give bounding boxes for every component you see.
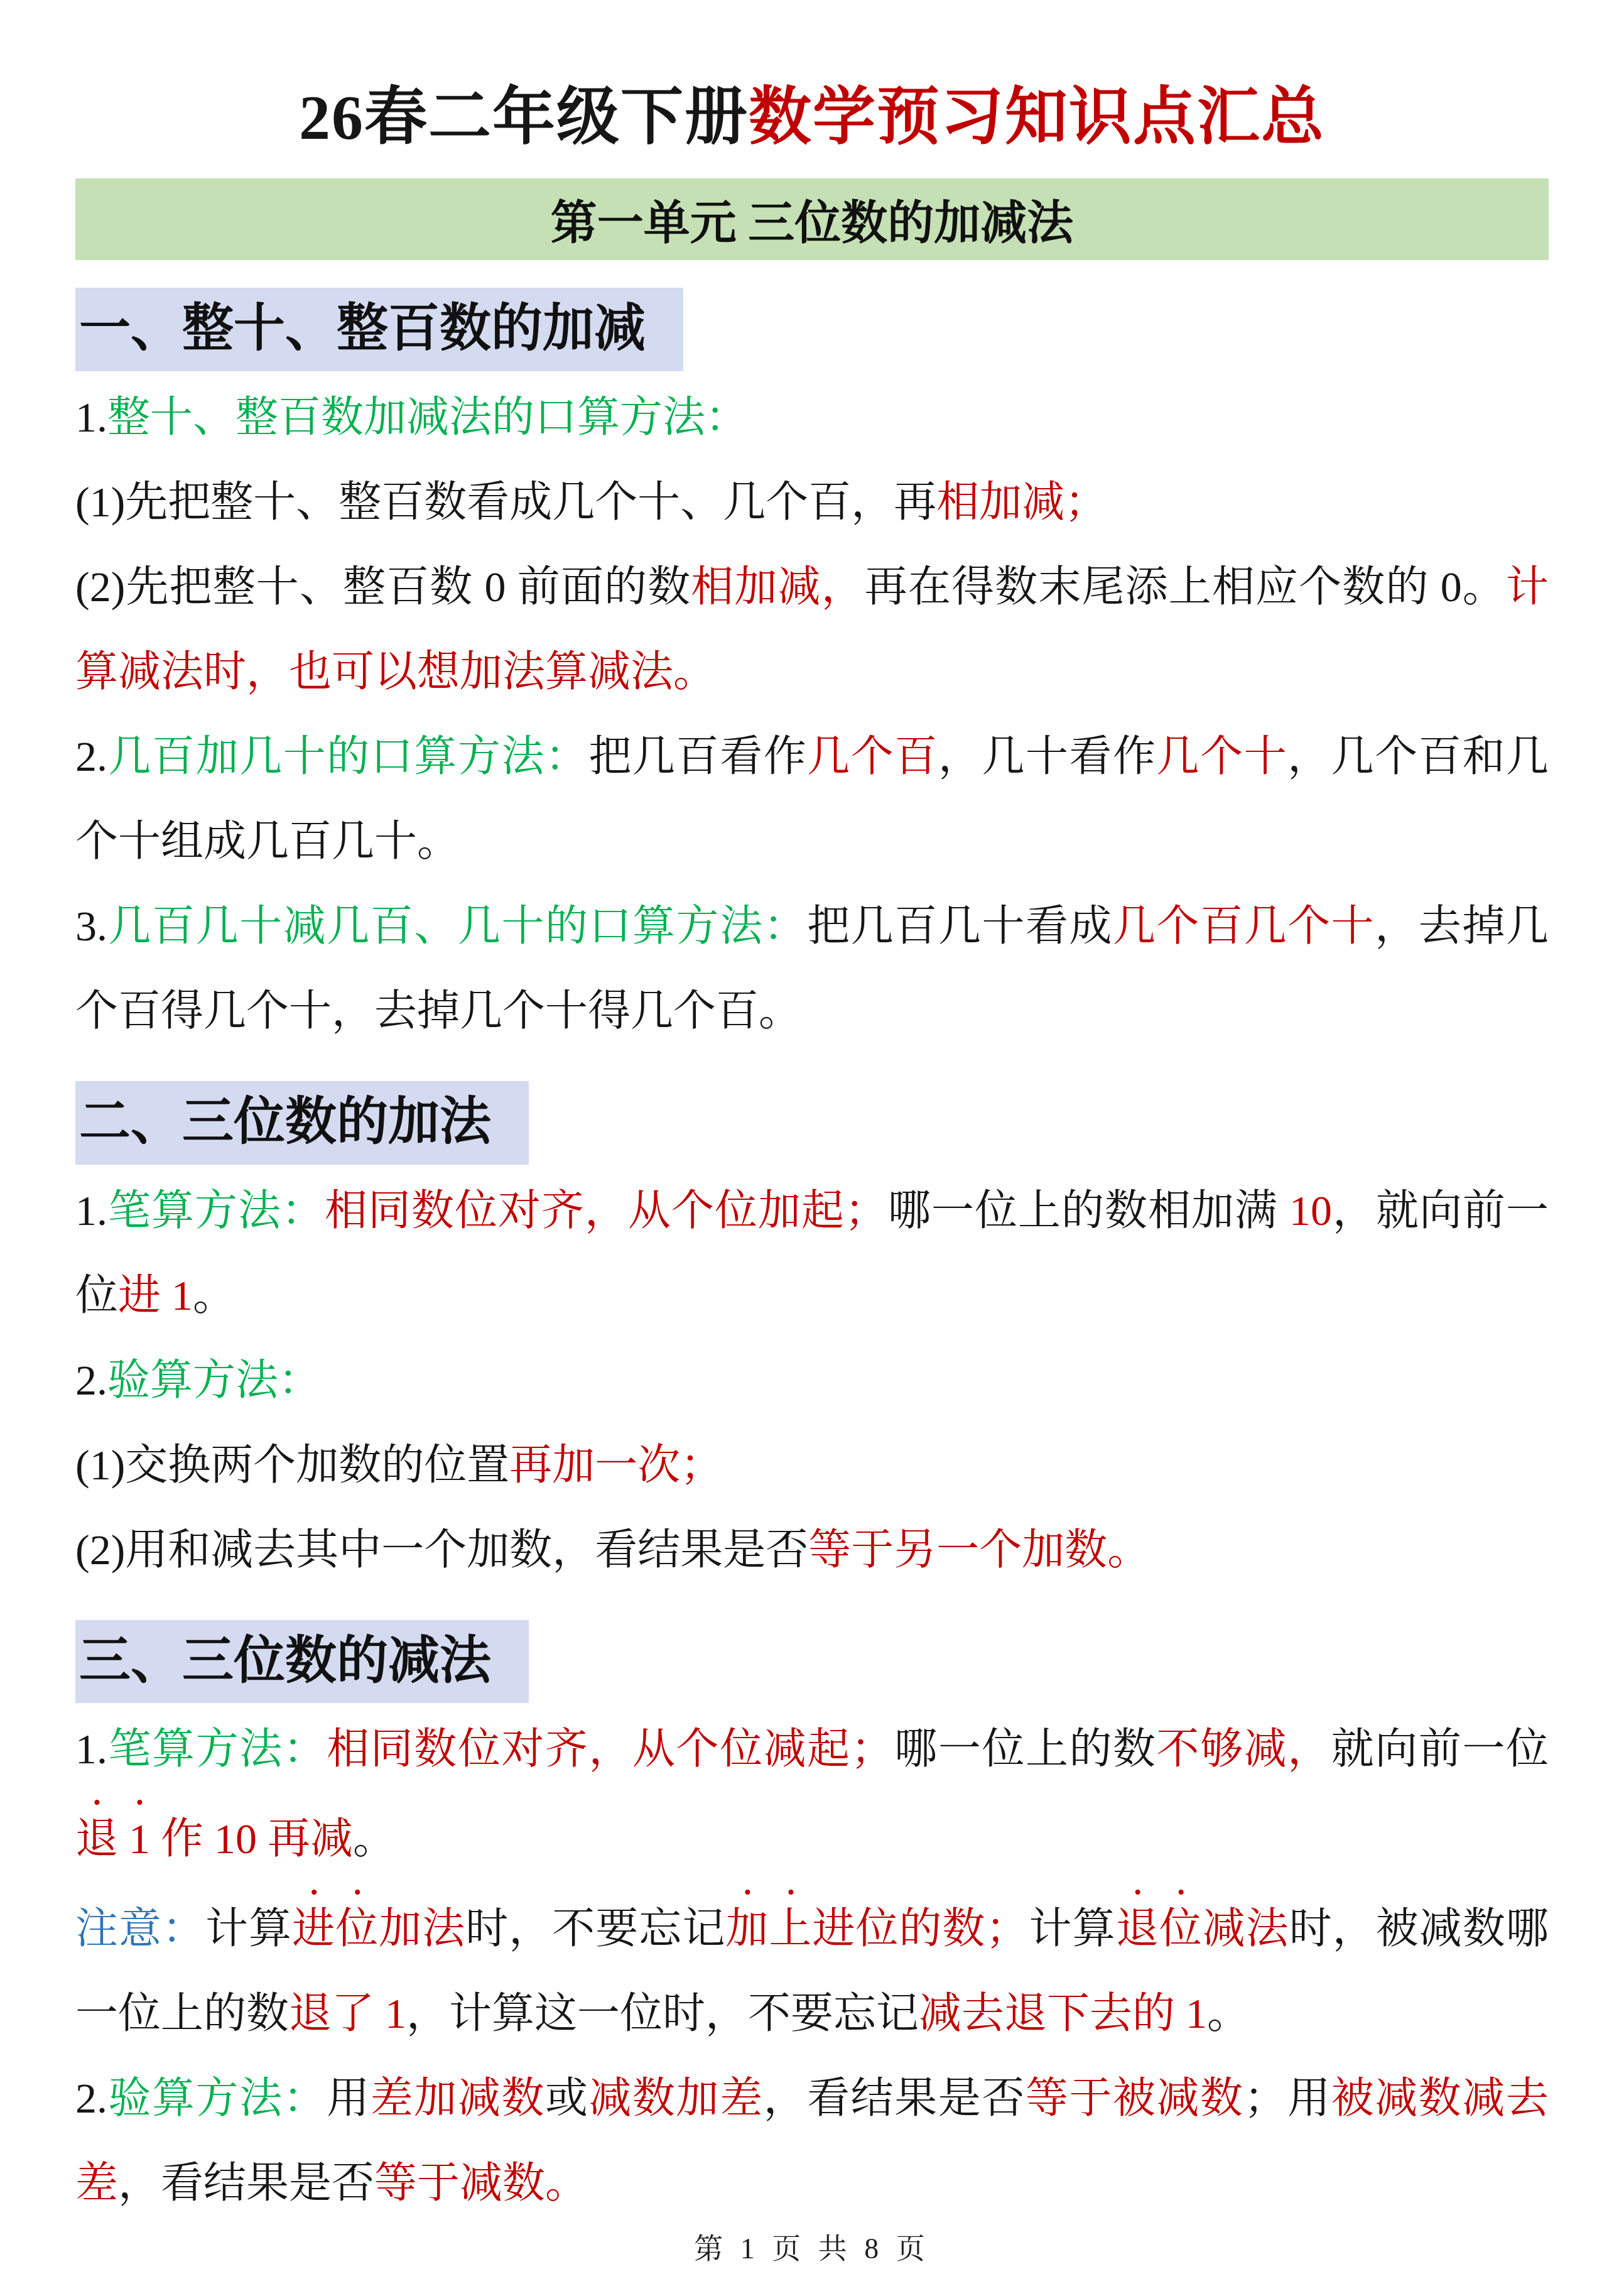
text-run: 1. bbox=[75, 1725, 107, 1773]
paragraph: 3.几百几十减几百、几十的口算方法：把几百几十看成几个百几个十，去掉几个百得几个… bbox=[75, 884, 1549, 1053]
paragraph: (1)交换两个加数的位置再加一次； bbox=[75, 1423, 1549, 1508]
section-heading-3: 三、三位数的减法 bbox=[75, 1620, 529, 1704]
text-run: ，看结果是否 bbox=[118, 2159, 374, 2207]
paragraph: (2)用和减去其中一个加数，看结果是否等于另一个加数。 bbox=[75, 1508, 1549, 1592]
text-run: 1. bbox=[75, 1187, 107, 1234]
text-run: 几个百 bbox=[807, 732, 938, 780]
text-run: 相同数位对齐，从个位减起； bbox=[327, 1725, 894, 1773]
text-run: 。 bbox=[353, 1815, 396, 1863]
text-run: 几百加几十的口算方法： bbox=[107, 732, 589, 780]
text-run: 哪一位上的数相加满 bbox=[887, 1187, 1289, 1234]
paragraph: 1.笔算方法：相同数位对齐，从个位加起；哪一位上的数相加满 10，就向前一位进 … bbox=[75, 1168, 1549, 1338]
text-run: 时，不要忘记 bbox=[465, 1905, 725, 1952]
text-run: 几百几十减几百、几十的口算方法： bbox=[107, 902, 807, 950]
text-run: 哪一位上的数 bbox=[894, 1725, 1157, 1773]
text-run: ；用 bbox=[1244, 2074, 1331, 2122]
text-run: 减数加差 bbox=[589, 2074, 764, 2122]
text-run: 计算 bbox=[1029, 1905, 1116, 1952]
text-run: 几个百几个十 bbox=[1113, 902, 1375, 950]
text-run: 退了 1 bbox=[289, 1989, 406, 2037]
text-run: 差加减数 bbox=[371, 2074, 545, 2122]
unit-banner: 第一单元 三位数的加减法 bbox=[75, 178, 1549, 260]
text-run: 退 1 bbox=[75, 1815, 150, 1863]
text-run: 进位 bbox=[292, 1905, 379, 1952]
text-run: 等于被减数 bbox=[1026, 2074, 1244, 2122]
text-run: (2)先把整十、整百数 0 前面的数 bbox=[75, 563, 691, 611]
text-run: 减法 bbox=[1203, 1905, 1289, 1952]
text-run: 进 1 bbox=[118, 1271, 193, 1319]
text-run: 进位的数； bbox=[812, 1905, 1028, 1952]
text-run: 把几百几十看成 bbox=[807, 902, 1113, 950]
text-run: 不够减， bbox=[1157, 1725, 1331, 1773]
text-run: (1)交换两个加数的位置 bbox=[75, 1441, 509, 1489]
text-run: 用 bbox=[327, 2074, 371, 2122]
text-run: 再在得数末尾添上相应个数的 0。 bbox=[865, 563, 1506, 611]
paragraph: 1.笔算方法：相同数位对齐，从个位减起；哪一位上的数不够减，就向前一位退 1 作… bbox=[75, 1707, 1549, 1881]
text-run: 10 bbox=[1289, 1187, 1332, 1234]
paragraph: (1)先把整十、整百数看成几个十、几个百，再相加减； bbox=[75, 460, 1549, 545]
text-run: 加法 bbox=[379, 1905, 465, 1952]
text-run: 相加减， bbox=[691, 563, 865, 611]
text-run: 加上 bbox=[725, 1905, 812, 1952]
text-run: 验算方法： bbox=[107, 2074, 327, 2122]
document-page: 26春二年级下册数学预习知识点汇总 第一单元 三位数的加减法 一、整十、整百数的… bbox=[0, 0, 1624, 2296]
page-title: 26春二年级下册数学预习知识点汇总 bbox=[75, 80, 1549, 155]
text-run: 等于另一个加数。 bbox=[808, 1526, 1150, 1574]
text-run: 2. bbox=[75, 732, 107, 780]
text-run: 2. bbox=[75, 2074, 107, 2122]
text-run: 。 bbox=[193, 1271, 235, 1319]
text-run: 退位 bbox=[1116, 1905, 1203, 1952]
text-run: 再加一次； bbox=[509, 1441, 723, 1489]
text-run: 减去退下去的 1 bbox=[919, 1989, 1207, 2037]
text-run: 等于减数。 bbox=[374, 2159, 588, 2207]
text-run: 1. bbox=[75, 393, 107, 441]
paragraph: 2.几百加几十的口算方法：把几百看作几个百，几十看作几个十，几个百和几个十组成几… bbox=[75, 714, 1549, 884]
text-run: 2. bbox=[75, 1356, 107, 1404]
paragraph: 2.验算方法：用差加减数或减数加差，看结果是否等于被减数；用被减数减去差，看结果… bbox=[75, 2056, 1549, 2226]
paragraph: 1.整十、整百数加减法的口算方法： bbox=[75, 375, 1549, 460]
text-run: 把几百看作 bbox=[589, 732, 808, 780]
text-run: 作 10 再减 bbox=[150, 1815, 353, 1863]
text-run: ，计算这一位时，不要忘记 bbox=[406, 1989, 919, 2037]
paragraph: 2.验算方法： bbox=[75, 1338, 1549, 1423]
text-run: 注意： bbox=[75, 1905, 205, 1952]
text-run: 相加减； bbox=[936, 478, 1107, 526]
text-run: 笔算方法： bbox=[107, 1725, 327, 1773]
text-run: 验算方法： bbox=[107, 1356, 321, 1404]
title-black-part: 26春二年级下册 bbox=[299, 82, 749, 152]
paragraph: (2)先把整十、整百数 0 前面的数相加减，再在得数末尾添上相应个数的 0。计算… bbox=[75, 545, 1549, 714]
page-footer: 第 1 页 共 8 页 bbox=[75, 2226, 1549, 2267]
text-run: (2)用和减去其中一个加数，看结果是否 bbox=[75, 1526, 808, 1574]
text-run: 3. bbox=[75, 902, 107, 950]
text-run: 。 bbox=[1207, 1989, 1250, 2037]
text-run: ，几十看作 bbox=[938, 732, 1157, 780]
text-run: ，看结果是否 bbox=[764, 2074, 1026, 2122]
section-heading-1: 一、整十、整百数的加减 bbox=[75, 288, 683, 371]
paragraph: 注意：计算进位加法时，不要忘记加上进位的数；计算退位减法时，被减数哪一位上的数退… bbox=[75, 1881, 1549, 2056]
text-run: 几个十 bbox=[1157, 732, 1288, 780]
text-run: 计算 bbox=[205, 1905, 292, 1952]
title-red-part: 数学预习知识点汇总 bbox=[749, 82, 1325, 152]
text-run: 笔算方法： bbox=[107, 1187, 325, 1234]
text-run: 或 bbox=[545, 2074, 589, 2122]
text-run: 相同数位对齐，从个位加起； bbox=[325, 1187, 887, 1234]
text-run: (1)先把整十、整百数看成几个十、几个百，再 bbox=[75, 478, 936, 526]
section-heading-2: 二、三位数的加法 bbox=[75, 1081, 529, 1165]
text-run: 整十、整百数加减法的口算方法： bbox=[107, 393, 748, 441]
text-run: 就向前一位 bbox=[1331, 1725, 1549, 1773]
document-body: 一、整十、整百数的加减1.整十、整百数加减法的口算方法：(1)先把整十、整百数看… bbox=[75, 260, 1549, 2226]
